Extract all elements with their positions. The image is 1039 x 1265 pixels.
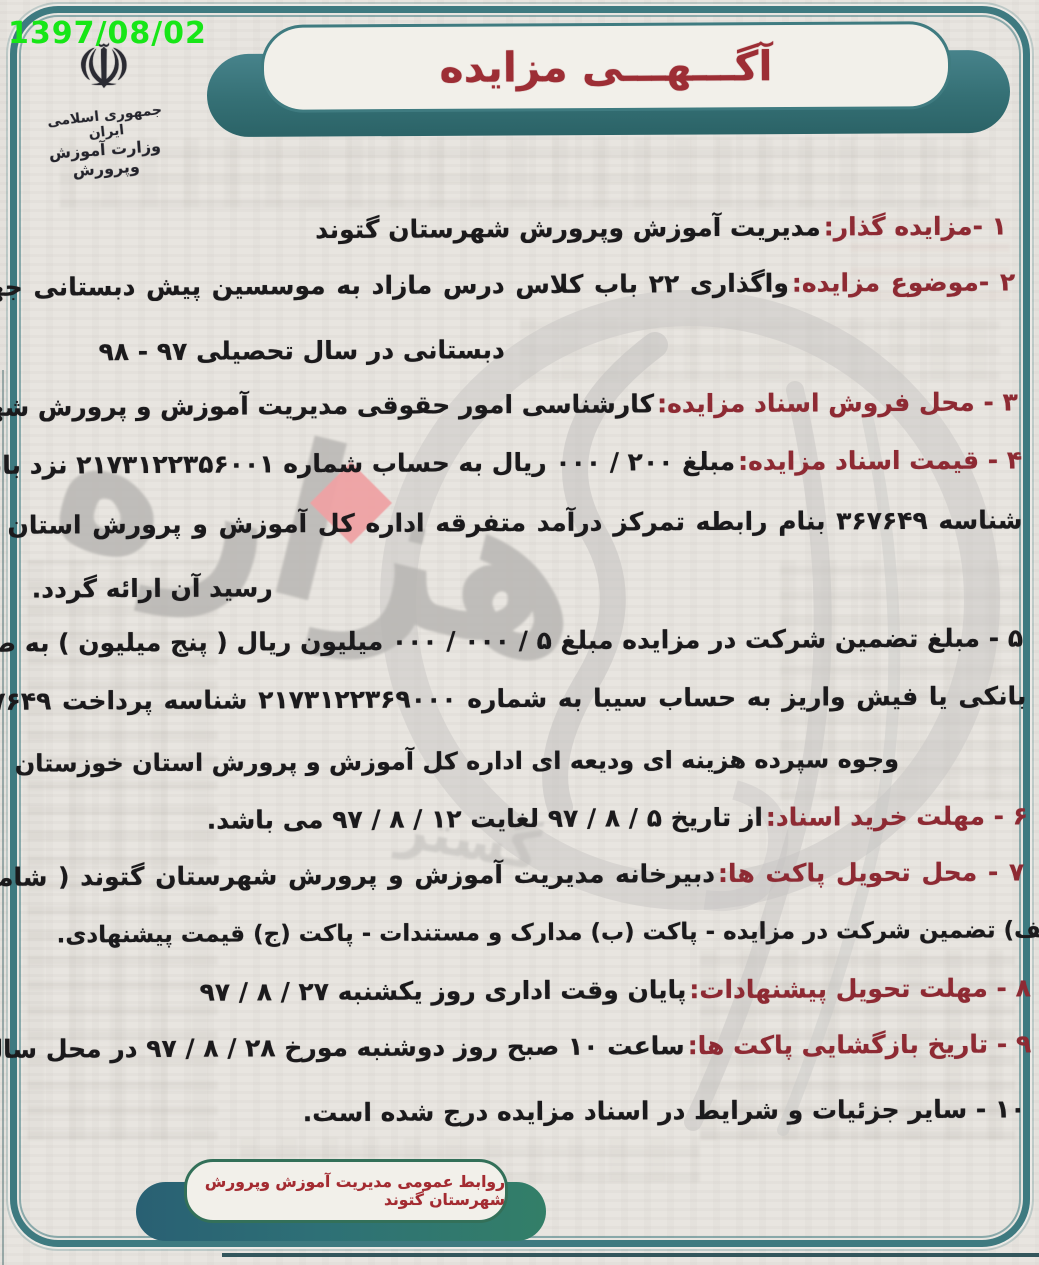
ad-line-8-text: ۵ - مبلغ تضمین شرکت در مزایده مبلغ ۵ / ۰… bbox=[0, 623, 1023, 658]
ad-line-13-text: (الف) تضمین شرکت در مزایده - پاکت (ب) مد… bbox=[57, 917, 1039, 948]
ad-line-8: ۵ - مبلغ تضمین شرکت در مزایده مبلغ ۵ / ۰… bbox=[0, 621, 1023, 661]
ad-line-14-label: ۸ - مهلت تحویل پیشنهادات: bbox=[689, 973, 1031, 1004]
ad-line-12-text: دبیرخانه مدیریت آموزش و پرورش شهرستان گت… bbox=[0, 859, 715, 893]
scanner-date-stamp: 1397/08/02 bbox=[8, 16, 207, 51]
ad-line-4-label: ۳ - محل فروش اسناد مزایده: bbox=[657, 387, 1018, 418]
ad-line-10-text: وجوه سپرده هزینه ای ودیعه ای اداره کل آم… bbox=[15, 745, 899, 778]
ad-line-3-text: دبستانی در سال تحصیلی ۹۷ - ۹۸ bbox=[98, 335, 504, 366]
ad-line-13: (الف) تضمین شرکت در مزایده - پاکت (ب) مد… bbox=[56, 913, 1039, 952]
ad-body: ۱ -مزایده گذار:مدیریت آموزش وپرورش شهرست… bbox=[0, 0, 1039, 1265]
ad-line-11: ۶ - مهلت خرید اسناد:از تاریخ ۵ / ۸ / ۹۷ … bbox=[207, 799, 1028, 837]
ad-line-1-text: مدیریت آموزش وپرورش شهرستان گتوند bbox=[315, 212, 821, 244]
ad-line-15: ۹ - تاریخ بازگشایی پاکت ها:ساعت ۱۰ صبح ر… bbox=[0, 1027, 1031, 1068]
ad-line-15-text: ساعت ۱۰ صبح روز دوشنبه مورخ ۲۸ / ۸ / ۹۷ … bbox=[0, 1031, 685, 1065]
ad-line-14: ۸ - مهلت تحویل پیشنهادات:پایان وقت اداری… bbox=[200, 971, 1031, 1009]
ad-line-16: ۱۰ - سایر جزئیات و شرایط در اسناد مزایده… bbox=[303, 1092, 1026, 1130]
ad-line-11-label: ۶ - مهلت خرید اسناد: bbox=[766, 801, 1028, 831]
ad-line-6-text: شناسه ۳۶۷۶۴۹ بنام رابطه تمرکز درآمد متفر… bbox=[0, 505, 1022, 540]
ad-line-5-text: مبلغ ۲۰۰ / ۰۰۰ ریال به حساب شماره ۲۱۷۳۱۲… bbox=[0, 447, 735, 481]
ad-line-9: بانکی یا فیش واریز به حساب سیبا به شماره… bbox=[0, 679, 1026, 720]
ad-line-9-text: بانکی یا فیش واریز به حساب سیبا به شماره… bbox=[0, 681, 1026, 717]
ad-line-4-text: کارشناسی امور حقوقی مدیریت آموزش و پرورش… bbox=[0, 389, 654, 422]
ad-line-5-label: ۴ - قیمت اسناد مزایده: bbox=[738, 445, 1022, 475]
ad-line-10: وجوه سپرده هزینه ای ودیعه ای اداره کل آم… bbox=[15, 742, 899, 781]
ad-line-1: ۱ -مزایده گذار:مدیریت آموزش وپرورش شهرست… bbox=[315, 209, 1007, 247]
scanned-newspaper-ad: هزاره گستر آگـــهـــی مزایده 1397/08/02 … bbox=[0, 0, 1039, 1265]
ad-line-7-text: رسید آن ارائه گردد. bbox=[32, 573, 273, 603]
ad-line-5: ۴ - قیمت اسناد مزایده:مبلغ ۲۰۰ / ۰۰۰ ریا… bbox=[0, 443, 1022, 483]
ad-line-15-label: ۹ - تاریخ بازگشایی پاکت ها: bbox=[688, 1029, 1032, 1060]
ad-line-2-text: واگذاری ۲۲ باب کلاس درس مازاد به موسسین … bbox=[0, 269, 789, 304]
ad-line-2-label: ۲ -موضوع مزایده: bbox=[792, 267, 1015, 297]
ad-line-16-text: ۱۰ - سایر جزئیات و شرایط در اسناد مزایده… bbox=[303, 1094, 1026, 1127]
ad-line-3: دبستانی در سال تحصیلی ۹۷ - ۹۸ bbox=[98, 333, 504, 369]
ad-line-12: ۷ - محل تحویل پاکت ها:دبیرخانه مدیریت آم… bbox=[0, 855, 1024, 895]
ad-line-14-text: پایان وقت اداری روز یکشنبه ۲۷ / ۸ / ۹۷ bbox=[200, 975, 687, 1007]
ad-line-4: ۳ - محل فروش اسناد مزایده:کارشناسی امور … bbox=[0, 385, 1018, 425]
ad-line-7: رسید آن ارائه گردد. bbox=[32, 571, 273, 606]
ad-line-1-label: ۱ -مزایده گذار: bbox=[824, 211, 1007, 241]
ad-line-11-text: از تاریخ ۵ / ۸ / ۹۷ لغایت ۱۲ / ۸ / ۹۷ می… bbox=[207, 803, 763, 835]
ad-line-2: ۲ -موضوع مزایده:واگذاری ۲۲ باب کلاس درس … bbox=[0, 265, 1015, 306]
ad-line-12-label: ۷ - محل تحویل پاکت ها: bbox=[718, 857, 1024, 888]
ad-line-6: شناسه ۳۶۷۶۴۹ بنام رابطه تمرکز درآمد متفر… bbox=[0, 503, 1023, 543]
